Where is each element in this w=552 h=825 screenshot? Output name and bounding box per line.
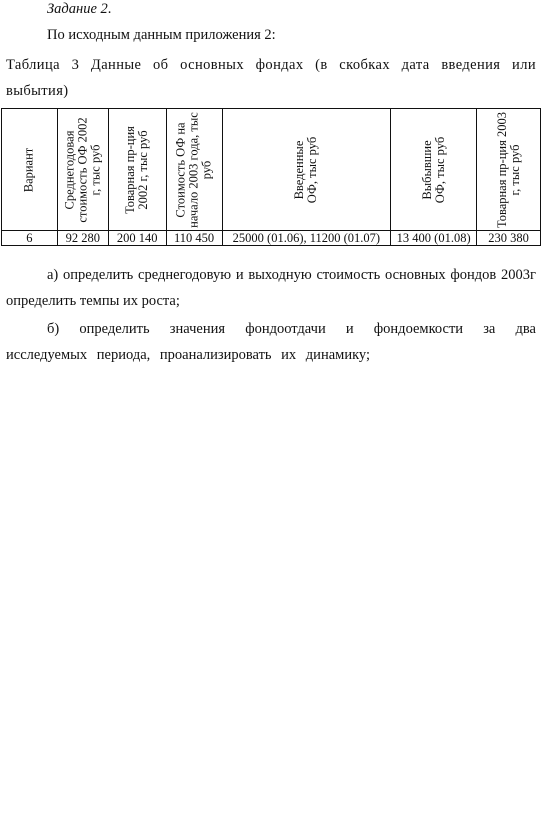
table-cell: 92 280 bbox=[57, 231, 108, 246]
header-avg-cost-2002: Среднегодовая стоимость ОФ 2002 г, тыс р… bbox=[63, 112, 102, 227]
header-retired: Выбывшие ОФ, тыс руб bbox=[421, 129, 447, 211]
table-cell: 6 bbox=[2, 231, 58, 246]
table-cell: 230 380 bbox=[477, 231, 541, 246]
table-cell: 200 140 bbox=[108, 231, 166, 246]
header-cell: Стоимость ОФ на начало 2003 года, тыс ру… bbox=[166, 109, 222, 231]
table-caption: Таблица 3 Данные об основных фондах (в с… bbox=[6, 57, 536, 74]
task-title: Задание 2. bbox=[47, 1, 111, 18]
task-intro: По исходным данным приложения 2: bbox=[47, 27, 276, 44]
task-title-text: Задание 2 bbox=[47, 1, 108, 17]
table-caption-continued: выбытия) bbox=[6, 83, 69, 100]
header-cell: Товарная пр-ция 2003 г, тыс руб bbox=[477, 109, 541, 231]
task-title-dot: . bbox=[108, 1, 112, 17]
header-cell: Товарная пр-ция 2002 г, тыс руб bbox=[108, 109, 166, 231]
table-cell: 25000 (01.06), 11200 (01.07) bbox=[222, 231, 391, 246]
fixed-assets-table: Вариант Среднегодовая стоимость ОФ 2002 … bbox=[1, 108, 541, 246]
table-row: 6 92 280 200 140 110 450 25000 (01.06), … bbox=[2, 231, 541, 246]
header-cell: Введенные ОФ, тыс руб bbox=[222, 109, 391, 231]
header-cell: Среднегодовая стоимость ОФ 2002 г, тыс р… bbox=[57, 109, 108, 231]
table-cell: 13 400 (01.08) bbox=[391, 231, 477, 246]
header-cell: Вариант bbox=[2, 109, 58, 231]
question-a: а) определить среднегодовую и выходную с… bbox=[6, 262, 536, 314]
header-variant: Вариант bbox=[23, 130, 36, 210]
table-header-row: Вариант Среднегодовая стоимость ОФ 2002 … bbox=[2, 109, 541, 231]
header-output-2003: Товарная пр-ция 2003 г, тыс руб bbox=[496, 111, 522, 229]
header-introduced: Введенные ОФ, тыс руб bbox=[293, 129, 319, 211]
question-b: б) определить значения фондоотдачи и фон… bbox=[6, 316, 536, 368]
table-cell: 110 450 bbox=[166, 231, 222, 246]
header-cost-start-2003: Стоимость ОФ на начало 2003 года, тыс ру… bbox=[175, 111, 214, 229]
header-output-2002: Товарная пр-ция 2002 г, тыс руб bbox=[124, 115, 150, 225]
header-cell: Выбывшие ОФ, тыс руб bbox=[391, 109, 477, 231]
